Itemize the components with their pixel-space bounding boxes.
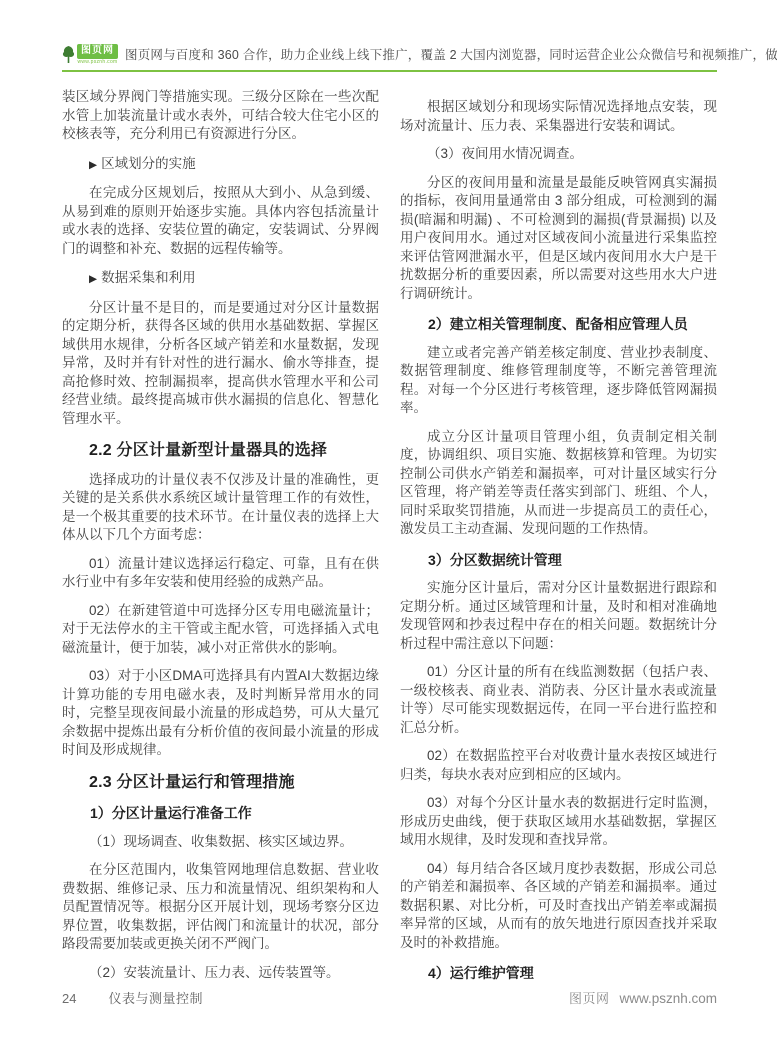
article-body: 装区域分界阀门等措施实现。三级分区除在一些次配水管上加装流量计或水表外，可结合较… (62, 88, 717, 984)
page-number: 24 (62, 991, 76, 1006)
paragraph: 装区域分界阀门等措施实现。三级分区除在一些次配水管上加装流量计或水表外，可结合较… (62, 88, 379, 144)
paragraph: 01）分区计量的所有在线监测数据（包括户表、一级校核表、商业表、消防表、分区计量… (400, 663, 717, 737)
paragraph: 03）对每个分区计量水表的数据进行定时监测，形成历史曲线，便于获取区域用水基础数… (400, 794, 717, 850)
paragraph: （1）现场调查、收集数据、核实区域边界。 (62, 833, 379, 852)
footer-site-url: www.psznh.com (619, 991, 717, 1006)
header-banner: 图页网 www.psznh.com 图页网与百度和 360 合作，助力企业线上线… (62, 44, 717, 72)
page-footer: 24 仪表与测量控制 图页网 www.psznh.com (62, 988, 717, 1007)
section-heading: 2.2 分区计量新型计量器具的选择 (62, 442, 379, 461)
paragraph: 分区的夜间用量和流量是最能反映管网真实漏损的指标，夜间用量通常由 3 部分组成，… (400, 174, 717, 304)
paragraph: 02）在数据监控平台对收费计量水表按区域进行归类，每块水表对应到相应的区域内。 (400, 747, 717, 784)
triangle-bullet-icon: ▶ (89, 273, 97, 285)
paragraph: 02）在新建管道中可选择分区专用电磁流量计；对于无法停水的主干管或主配水管，可选… (62, 602, 379, 658)
paragraph: 实施分区计量后，需对分区计量数据进行跟踪和定期分析。通过区域管理和计量，及时和相… (400, 579, 717, 653)
sub-heading: 1）分区计量运行准备工作 (62, 804, 379, 823)
paragraph: （2）安装流量计、压力表、远传装置等。 (62, 964, 379, 983)
paragraph: 04）每月结合各区域月度抄表数据，形成公司总的产销差和漏损率、各区域的产销差和漏… (400, 860, 717, 953)
paragraph: 03）对于小区DMA可选择具有内置AI大数据边缘计算功能的专用电磁水表，及时判断… (62, 667, 379, 760)
site-logo: 图页网 www.psznh.com (62, 44, 118, 65)
paragraph: 根据区域划分和现场实际情况选择地点安装，现场对流量计、压力表、采集器进行安装和调… (400, 98, 717, 135)
section-heading: 2.3 分区计量运行和管理措施 (62, 774, 379, 793)
paragraph: 成立分区计量项目管理小组，负责制定相关制度，协调组织、项目实施、数据核算和管理。… (400, 428, 717, 539)
sub-heading: 3）分区数据统计管理 (400, 551, 717, 570)
paragraph: 分区计量不是目的，而是要通过对分区计量数据的定期分析，获得各区域的供用水基础数据… (62, 299, 379, 429)
paragraph: （3）夜间用水情况调查。 (400, 145, 717, 164)
tree-sprout-icon (62, 46, 75, 63)
logo-badge: 图页网 (77, 44, 118, 59)
paragraph: 01）流量计建议选择运行稳定、可靠，且有在供水行业中有多年安装和使用经验的成熟产… (62, 555, 379, 592)
logo-subtext: www.psznh.com (77, 60, 117, 65)
right-column: 根据区域划分和现场实际情况选择地点安装，现场对流量计、压力表、采集器进行安装和调… (400, 88, 717, 984)
paragraph: 选择成功的计量仪表不仅涉及计量的准确性，更关键的是关系供水系统区域计量管理工作的… (62, 471, 379, 545)
paragraph: 在完成分区规划后，按照从大到小、从急到缓、从易到难的原则开始逐步实施。具体内容包… (62, 184, 379, 258)
bullet-item: ▶区域划分的实施 (62, 155, 379, 175)
header-divider (62, 70, 717, 72)
header-tagline: 图页网与百度和 360 合作，助力企业线上线下推广，覆盖 2 大国内浏览器，同时… (125, 45, 777, 63)
bullet-item: ▶数据采集和利用 (62, 269, 379, 289)
journal-title: 仪表与测量控制 (108, 988, 203, 1007)
sub-heading: 4）运行维护管理 (400, 964, 717, 983)
left-column: 装区域分界阀门等措施实现。三级分区除在一些次配水管上加装流量计或水表外，可结合较… (62, 88, 379, 984)
paragraph: 建立或者完善产销差核定制度、营业抄表制度、数据管理制度、维修管理制度等，不断完善… (400, 344, 717, 418)
paragraph: 在分区范围内，收集管网地理信息数据、营业收费数据、维修记录、压力和流量情况、组织… (62, 861, 379, 954)
footer-site-name: 图页网 (569, 988, 610, 1007)
sub-heading: 2）建立相关管理制度、配备相应管理人员 (400, 315, 717, 334)
document-page: 图页网 www.psznh.com 图页网与百度和 360 合作，助力企业线上线… (0, 0, 777, 1047)
triangle-bullet-icon: ▶ (89, 159, 97, 171)
